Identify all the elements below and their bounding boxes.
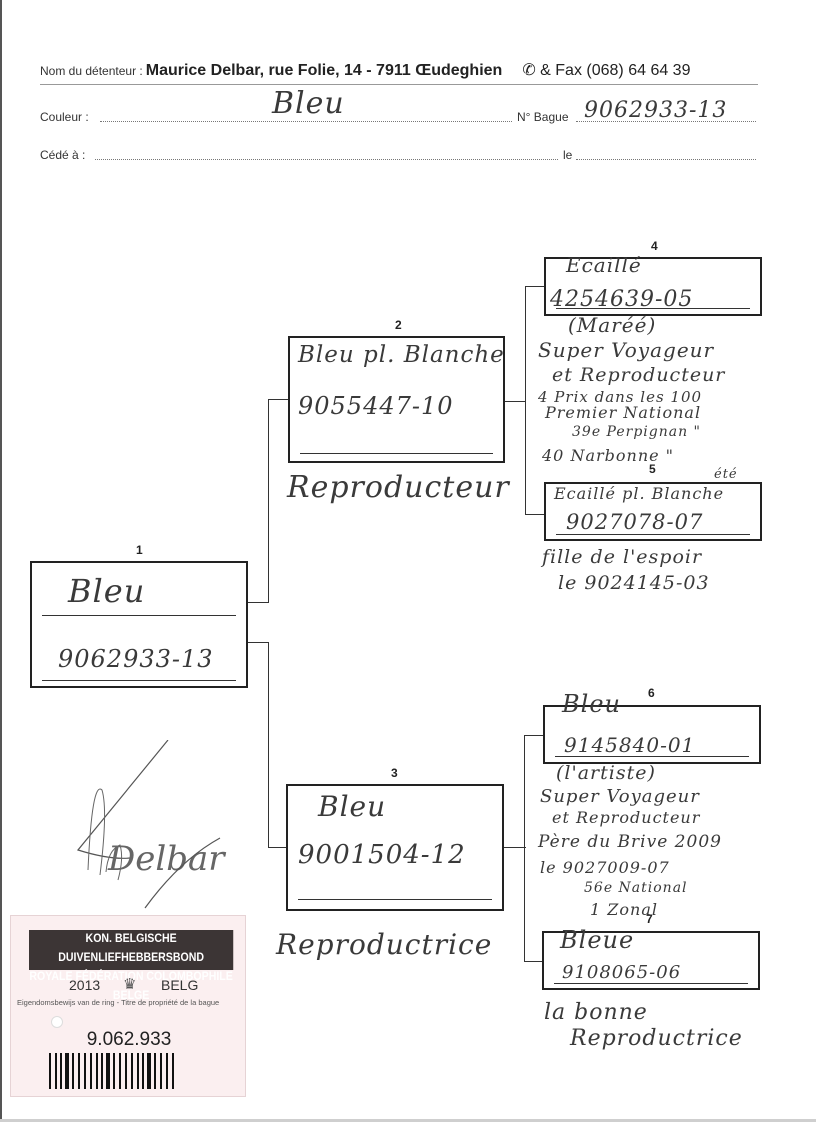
barcode-bar <box>113 1053 115 1089</box>
date-label: le <box>563 148 572 162</box>
bird-4-note: et Reproducteur <box>552 364 725 386</box>
connector-2-h <box>504 401 526 402</box>
ring-label-row: N° Bague <box>517 110 569 124</box>
card-title-nl: KON. BELGISCHE DUIVENLIEFHEBBERSBOND <box>29 930 233 968</box>
connector-1-3-h <box>247 642 269 643</box>
card-ring-number: 9.062.933 <box>11 1029 247 1051</box>
barcode-bar <box>154 1053 156 1089</box>
connector-3-7 <box>524 961 544 962</box>
signature: Delbar <box>60 740 240 910</box>
bird-5-number: 5 <box>649 462 656 476</box>
barcode-bar <box>101 1053 103 1089</box>
barcode-bar <box>60 1053 62 1089</box>
bird-5-ring: 9027078-07 <box>566 510 703 534</box>
barcode-bar <box>84 1053 86 1089</box>
bird-5-note: fille de l'espoir <box>542 546 702 568</box>
barcode-bar <box>160 1053 162 1089</box>
card-year: 2013 <box>69 977 100 993</box>
ceded-row: Cédé à : <box>40 148 85 162</box>
barcode-bar <box>137 1053 139 1089</box>
bird-1-ring-line <box>42 680 236 681</box>
crown-icon: ♛ <box>123 975 136 993</box>
barcode-bar <box>55 1053 57 1089</box>
connector-1-2-v <box>268 399 269 603</box>
barcode-bar <box>119 1053 121 1089</box>
card-property-text: Eigendomsbewijs van de ring - Titre de p… <box>17 998 219 1007</box>
date-row: le <box>563 148 572 162</box>
bird-5-line <box>556 534 750 535</box>
ceded-field-line[interactable] <box>95 159 558 160</box>
bird-3-color: Bleu <box>318 790 386 823</box>
connector-1-2-h <box>247 602 269 603</box>
barcode-bar <box>49 1053 51 1089</box>
card-header: KON. BELGISCHE DUIVENLIEFHEBBERSBOND ROY… <box>29 930 233 970</box>
bird-4-color: Ecaillé <box>566 253 642 277</box>
connector-1-2-top <box>268 399 289 400</box>
owner-value: Maurice Delbar, rue Folie, 14 - 7911 Œud… <box>146 62 503 80</box>
color-field-value[interactable]: Bleu <box>272 86 345 121</box>
card-country: BELG <box>161 977 198 993</box>
bird-5-pre-note: été <box>714 467 738 482</box>
bird-6-note: Père du Brive 2009 <box>538 832 722 852</box>
card-punch-hole <box>51 1016 63 1028</box>
bird-6-note: 56e National <box>584 880 688 896</box>
connector-3-6 <box>524 735 544 736</box>
barcode-bar <box>65 1053 69 1089</box>
owner-row: Nom du détenteur : Maurice Delbar, rue F… <box>40 60 690 80</box>
barcode-bar <box>166 1053 168 1089</box>
barcode-bar <box>131 1053 133 1089</box>
owner-label: Nom du détenteur : <box>40 64 143 78</box>
color-row: Couleur : <box>40 110 89 124</box>
date-field-line[interactable] <box>576 159 756 160</box>
bird-6-note: le 9027009-07 <box>540 858 670 877</box>
bird-6-color: Bleu <box>562 690 621 718</box>
bird-4-note: Premier National <box>545 403 701 422</box>
bird-1-color-line <box>42 615 236 616</box>
bird-3-number: 3 <box>391 766 398 780</box>
bird-1-ring: 9062933-13 <box>58 645 214 673</box>
barcode-bar <box>172 1053 174 1089</box>
barcode-bar <box>142 1053 144 1089</box>
bird-4-note: 39e Perpignan " <box>572 424 701 440</box>
connector-2-v <box>525 286 526 515</box>
bird-2-number: 2 <box>395 318 402 332</box>
barcode-bar <box>106 1053 110 1089</box>
bird-6-note: (l'artiste) <box>556 762 656 784</box>
bird-3-ring: 9001504-12 <box>298 840 466 870</box>
ring-ownership-card: KON. BELGISCHE DUIVENLIEFHEBBERSBOND ROY… <box>10 915 246 1097</box>
bird-2-line <box>300 453 493 454</box>
ceded-label: Cédé à : <box>40 148 85 162</box>
barcode-bar <box>147 1053 151 1089</box>
bird-7-number: 7 <box>646 912 653 926</box>
barcode-bar <box>90 1053 92 1089</box>
bird-1-number: 1 <box>136 543 143 557</box>
bird-5-note: le 9024145-03 <box>558 572 710 594</box>
connector-2-5 <box>525 514 545 515</box>
bird-4-number: 4 <box>651 239 658 253</box>
bird-7-note: la bonne <box>544 1000 648 1025</box>
bird-1-color: Bleu <box>68 572 145 610</box>
bird-4-note: Super Voyageur <box>538 338 714 362</box>
header-divider <box>40 84 758 85</box>
bird-6-note: et Reproducteur <box>552 808 700 827</box>
phone-fax: ✆ & Fax (068) 64 64 39 <box>522 60 690 80</box>
barcode <box>49 1053 219 1089</box>
color-field-line <box>100 121 512 122</box>
barcode-bar <box>78 1053 80 1089</box>
bird-7-line <box>554 983 748 984</box>
ring-label: N° Bague <box>517 110 569 124</box>
bird-7-ring: 9108065-06 <box>562 962 681 983</box>
barcode-bar <box>125 1053 127 1089</box>
page-edge <box>0 0 2 1122</box>
bird-3-line <box>298 899 492 900</box>
connector-3-h <box>504 847 526 848</box>
connector-2-4 <box>525 286 545 287</box>
bird-4-note: (Maréé) <box>568 313 656 337</box>
bird-3-note: Reproductrice <box>276 928 492 961</box>
bird-6-number: 6 <box>648 686 655 700</box>
connector-3-v <box>524 735 525 962</box>
bird-6-note: Super Voyageur <box>540 786 700 807</box>
connector-1-3-v <box>268 642 269 848</box>
barcode-bar <box>96 1053 98 1089</box>
bird-5-color: Ecaillé pl. Blanche <box>554 484 724 503</box>
connector-1-3-bottom <box>268 847 288 848</box>
bird-2-color: Bleu pl. Blanche <box>298 342 505 368</box>
ring-field-value[interactable]: 9062933-13 <box>584 98 727 123</box>
bird-4-ring: 4254639-05 <box>550 287 693 312</box>
color-label: Couleur : <box>40 110 89 124</box>
bird-2-ring: 9055447-10 <box>298 392 454 420</box>
bird-6-ring: 9145840-01 <box>564 733 695 757</box>
barcode-bar <box>72 1053 74 1089</box>
bird-2-note: Reproducteur <box>287 470 510 505</box>
bird-7-note: Reproductrice <box>570 1026 743 1051</box>
bird-7-color: Bleue <box>560 926 634 954</box>
